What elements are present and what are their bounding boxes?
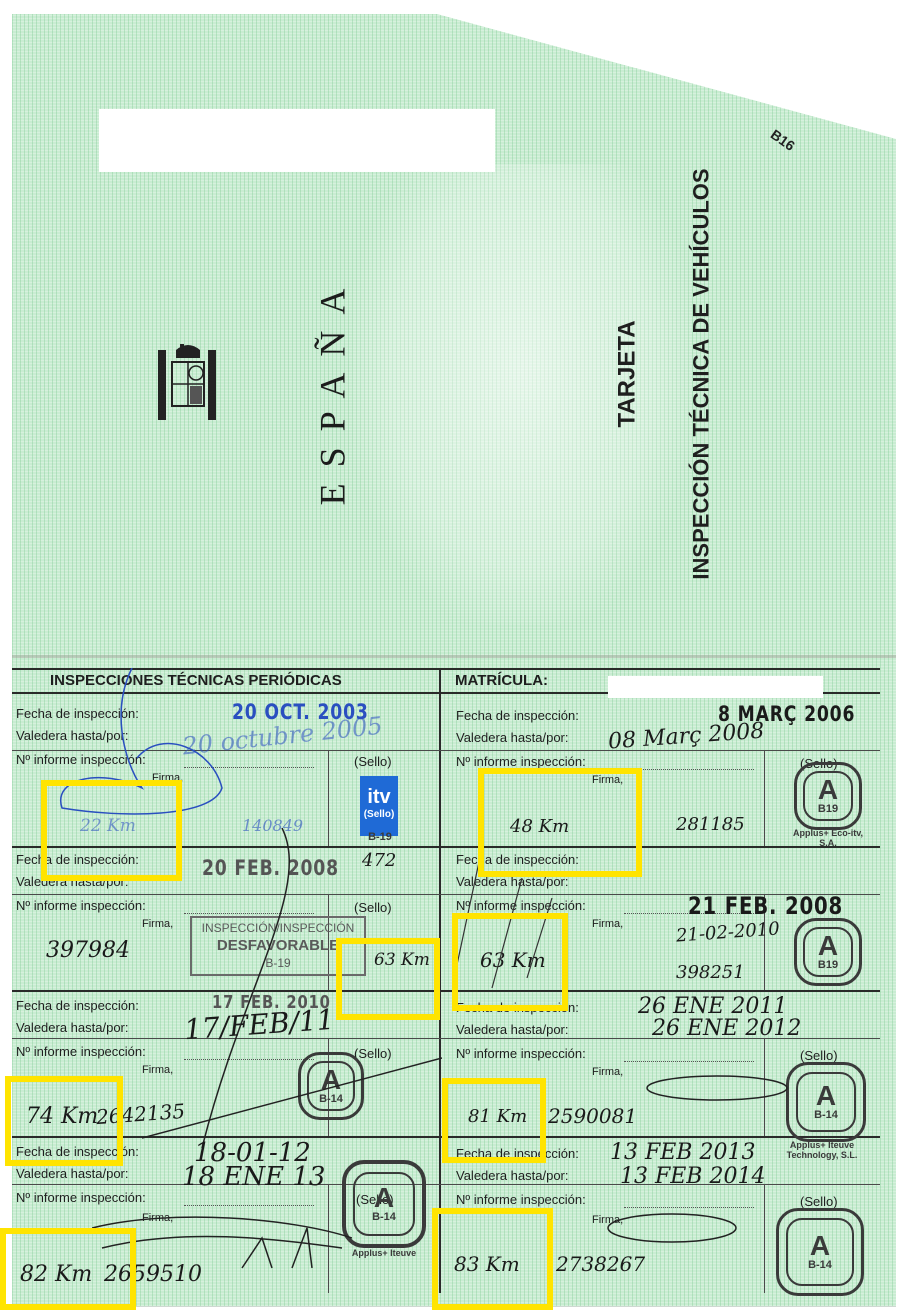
entry-4-informe: 398251 — [676, 962, 745, 983]
informe-dotline — [624, 1060, 754, 1062]
km-highlight-7 — [0, 1228, 136, 1310]
signature-8 — [602, 1208, 742, 1248]
grid-rule — [12, 990, 880, 992]
km-highlight-6 — [442, 1078, 546, 1163]
entry-6-informe: 2590081 — [548, 1104, 637, 1128]
label-valedera: Valedera hasta/por: — [456, 1168, 569, 1183]
label-sello: (Sello) — [800, 1194, 838, 1209]
km-highlight-8 — [432, 1208, 553, 1310]
entry-8-fecha: 13 FEB 2013 — [610, 1140, 755, 1165]
km-highlight-1 — [41, 780, 182, 881]
entry-6-issuer: Applus+ Iteuve Technology, S.L. — [772, 1140, 872, 1160]
label-firma: Firma, — [592, 1066, 623, 1078]
inspection-grid: INSPECCIONES TÉCNICAS PERIÓDICAS MATRÍCU… — [12, 668, 880, 1293]
label-sello: (Sello) — [354, 754, 392, 769]
entry-8-valedera: 13 FEB 2014 — [620, 1164, 765, 1189]
stamp-divider — [764, 1184, 765, 1293]
itv-logo-icon: itv (Sello) — [360, 776, 398, 836]
entry-7-valedera: 18 ENE 13 — [182, 1162, 325, 1192]
approval-stamp-icon: AB19 — [794, 762, 862, 830]
entry-6-valedera: 26 ENE 2012 — [652, 1016, 801, 1041]
card-subtitle: INSPECCIÓN TÉCNICA DE VEHÍCULOS — [682, 154, 722, 594]
label-sello: (Sello) — [800, 1048, 838, 1063]
entry-2-informe: 281185 — [676, 814, 745, 835]
country-name: ESPAÑA — [312, 254, 352, 524]
informe-dotline — [184, 1204, 314, 1206]
label-fecha: Fecha de inspección: — [456, 708, 579, 723]
approval-stamp-icon: AB-14 — [776, 1208, 864, 1296]
section-header-right: MATRÍCULA: — [455, 672, 548, 689]
card-title: TARJETA — [608, 304, 648, 444]
entry-3-valedera: 472 — [362, 850, 396, 871]
approval-stamp-icon: AB19 — [794, 918, 862, 986]
label-informe: Nº informe inspección: — [16, 1190, 146, 1205]
approval-stamp-icon: AB-14 — [786, 1062, 866, 1142]
label-valedera: Valedera hasta/por: — [16, 1020, 129, 1035]
label-informe: Nº informe inspección: — [16, 1044, 146, 1059]
redacted-owner-field — [99, 109, 495, 172]
label-valedera: Valedera hasta/por: — [16, 1166, 129, 1181]
signature-6 — [642, 1068, 792, 1108]
signature-5 — [142, 1048, 442, 1148]
km-highlight-3 — [336, 938, 440, 1020]
entry-2-issuer: Applus+ Eco-itv, S.A. — [788, 828, 868, 848]
corner-stamp: B16 — [768, 126, 798, 154]
redacted-plate-number — [608, 676, 823, 698]
entry-8-informe: 2738267 — [556, 1252, 645, 1276]
entry-4-fecha: 21 FEB. 2008 — [688, 892, 843, 920]
label-informe: Nº informe inspección: — [456, 754, 586, 769]
label-sello: (Sello) — [354, 900, 392, 915]
entry-1-stamp-code: B-19 — [358, 832, 402, 842]
km-highlight-2 — [478, 768, 642, 877]
label-valedera: Valedera hasta/por: — [456, 1022, 569, 1037]
stamp-divider — [764, 750, 765, 846]
stamp-divider — [328, 750, 329, 846]
label-informe: Nº informe inspección: — [456, 1192, 586, 1207]
label-informe: Nº informe inspección: — [16, 898, 146, 913]
km-highlight-5 — [5, 1076, 123, 1166]
approval-stamp-icon: AB-14 — [342, 1160, 426, 1248]
entry-3-informe: 397984 — [46, 938, 130, 963]
label-informe: Nº informe inspección: — [456, 1046, 586, 1061]
label-firma: Firma, — [592, 918, 623, 930]
fold-crease — [12, 655, 896, 658]
informe-dotline — [624, 768, 754, 770]
label-firma: Firma, — [142, 918, 173, 930]
km-highlight-4 — [452, 913, 568, 1011]
label-fecha: Fecha de inspección: — [16, 998, 139, 1013]
spain-coat-of-arms-icon — [152, 342, 222, 427]
label-valedera: Valedera hasta/por: — [456, 730, 569, 745]
